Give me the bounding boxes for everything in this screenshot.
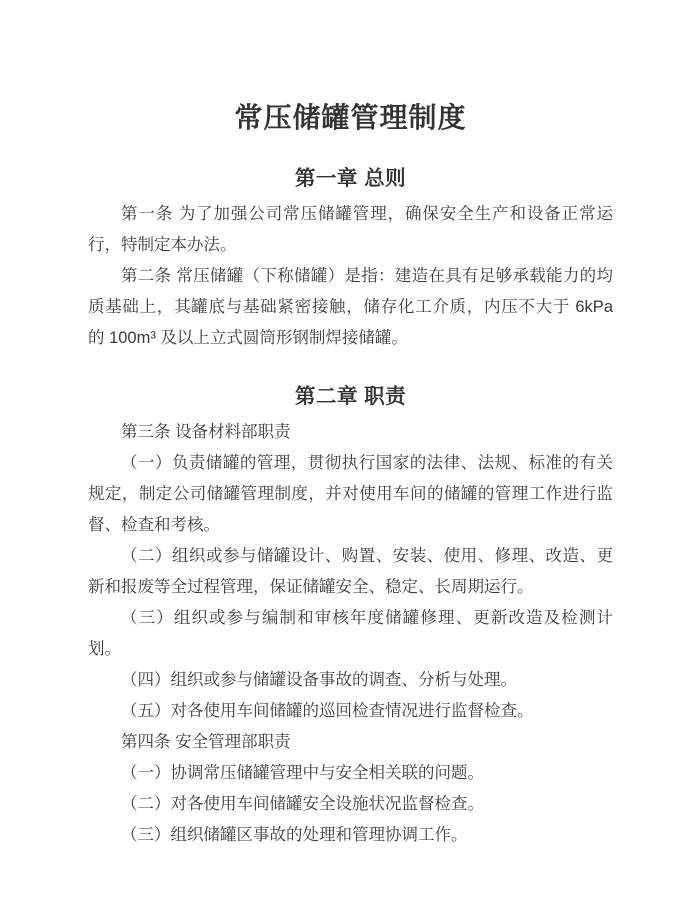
paragraph-article-4-item-1: （一）协调常压储罐管理中与安全相关联的问题。 <box>88 758 613 789</box>
document-title: 常压储罐管理制度 <box>88 100 613 136</box>
paragraph-article-4-item-2: （二）对各使用车间储罐安全设施状况监督检查。 <box>88 789 613 820</box>
paragraph-article-3-item-4: （四）组织或参与储罐设备事故的调查、分析与处理。 <box>88 665 613 696</box>
paragraph-article-3-item-5: （五）对各使用车间储罐的巡回检查情况进行监督检查。 <box>88 696 613 727</box>
paragraph-article-3-item-3: （三）组织或参与编制和审核年度储罐修理、更新改造及检测计划。 <box>88 603 613 665</box>
paragraph-article-3-item-2: （二）组织或参与储罐设计、购置、安装、使用、修理、改造、更新和报废等全过程管理，… <box>88 541 613 603</box>
paragraph-article-3: 第三条 设备材料部职责 <box>88 417 613 448</box>
paragraph-article-1: 第一条 为了加强公司常压储罐管理，确保安全生产和设备正常运行，特制定本办法。 <box>88 199 613 261</box>
paragraph-article-3-item-1: （一）负责储罐的管理，贯彻执行国家的法律、法规、标准的有关规定，制定公司储罐管理… <box>88 448 613 541</box>
document-page: 常压储罐管理制度 第一章 总则 第一条 为了加强公司常压储罐管理，确保安全生产和… <box>0 0 700 905</box>
paragraph-article-2: 第二条 常压储罐（下称储罐）是指：建造在具有足够承载能力的均质基础上，其罐底与基… <box>88 261 613 354</box>
chapter-heading-1: 第一章 总则 <box>88 163 613 195</box>
chapter-heading-2: 第二章 职责 <box>88 381 613 413</box>
paragraph-article-4: 第四条 安全管理部职责 <box>88 727 613 758</box>
paragraph-article-4-item-3: （三）组织储罐区事故的处理和管理协调工作。 <box>88 820 613 851</box>
